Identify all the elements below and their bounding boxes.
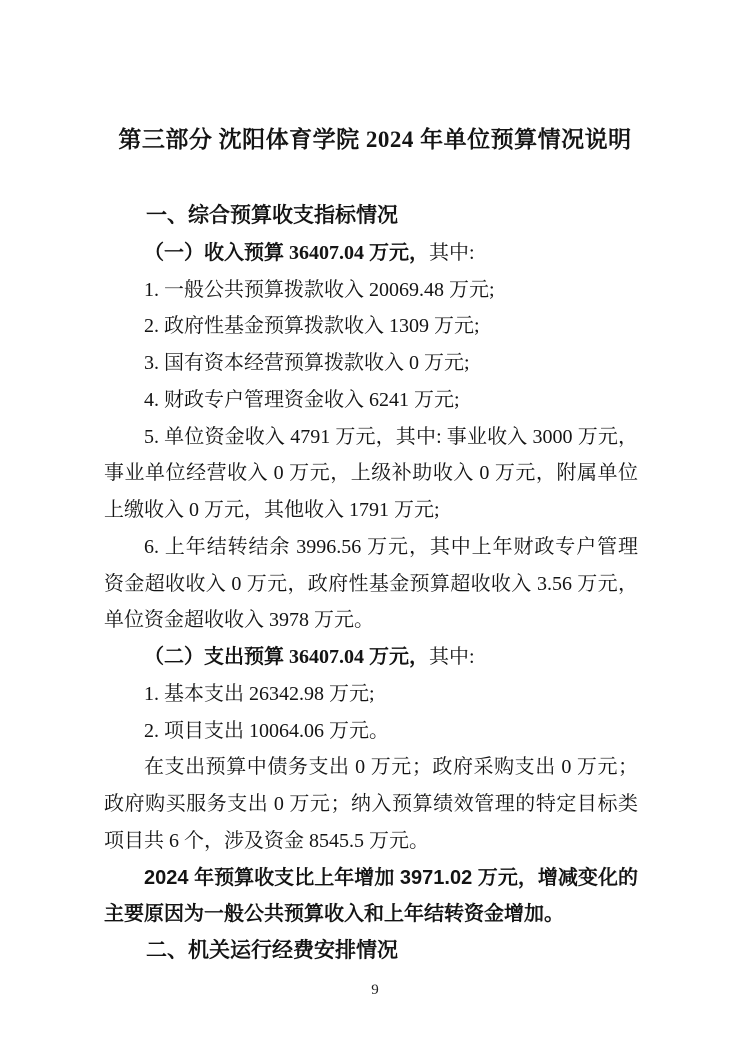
income-subheading-bold: （一）收入预算 36407.04 万元， <box>144 242 429 264</box>
document-page: 第三部分 沈阳体育学院 2024 年单位预算情况说明 一、综合预算收支指标情况 … <box>0 0 750 1061</box>
income-item-4: 4. 财政专户管理资金收入 6241 万元; <box>104 382 638 419</box>
section-1-heading: 一、综合预算收支指标情况 <box>104 198 638 235</box>
page-number: 9 <box>0 980 750 1000</box>
expenditure-detail-paragraph: 在支出预算中债务支出 0 万元；政府采购支出 0 万元；政府购买服务支出 0 万… <box>104 749 638 859</box>
page-title: 第三部分 沈阳体育学院 2024 年单位预算情况说明 <box>0 0 750 156</box>
yoy-change-paragraph: 2024 年预算收支比上年增加 3971.02 万元，增减变化的主要原因为一般公… <box>104 860 638 934</box>
income-item-1: 1. 一般公共预算拨款收入 20069.48 万元; <box>104 272 638 309</box>
income-item-5: 5. 单位资金收入 4791 万元，其中: 事业收入 3000 万元，事业单位经… <box>104 419 638 529</box>
income-item-6: 6. 上年结转结余 3996.56 万元，其中上年财政专户管理资金超收收入 0 … <box>104 529 638 639</box>
expenditure-item-2: 2. 项目支出 10064.06 万元。 <box>104 713 638 750</box>
document-body: 一、综合预算收支指标情况 （一）收入预算 36407.04 万元，其中: 1. … <box>104 198 638 970</box>
expenditure-item-1: 1. 基本支出 26342.98 万元; <box>104 676 638 713</box>
expenditure-subheading-bold: （二）支出预算 36407.04 万元， <box>144 646 429 668</box>
expenditure-subheading-rest: 其中: <box>429 646 475 668</box>
income-subheading-rest: 其中: <box>429 242 475 264</box>
income-item-2: 2. 政府性基金预算拨款收入 1309 万元; <box>104 308 638 345</box>
income-item-3: 3. 国有资本经营预算拨款收入 0 万元; <box>104 345 638 382</box>
section-2-heading: 二、机关运行经费安排情况 <box>104 933 638 970</box>
income-subheading: （一）收入预算 36407.04 万元，其中: <box>104 235 638 272</box>
expenditure-subheading: （二）支出预算 36407.04 万元，其中: <box>104 639 638 676</box>
